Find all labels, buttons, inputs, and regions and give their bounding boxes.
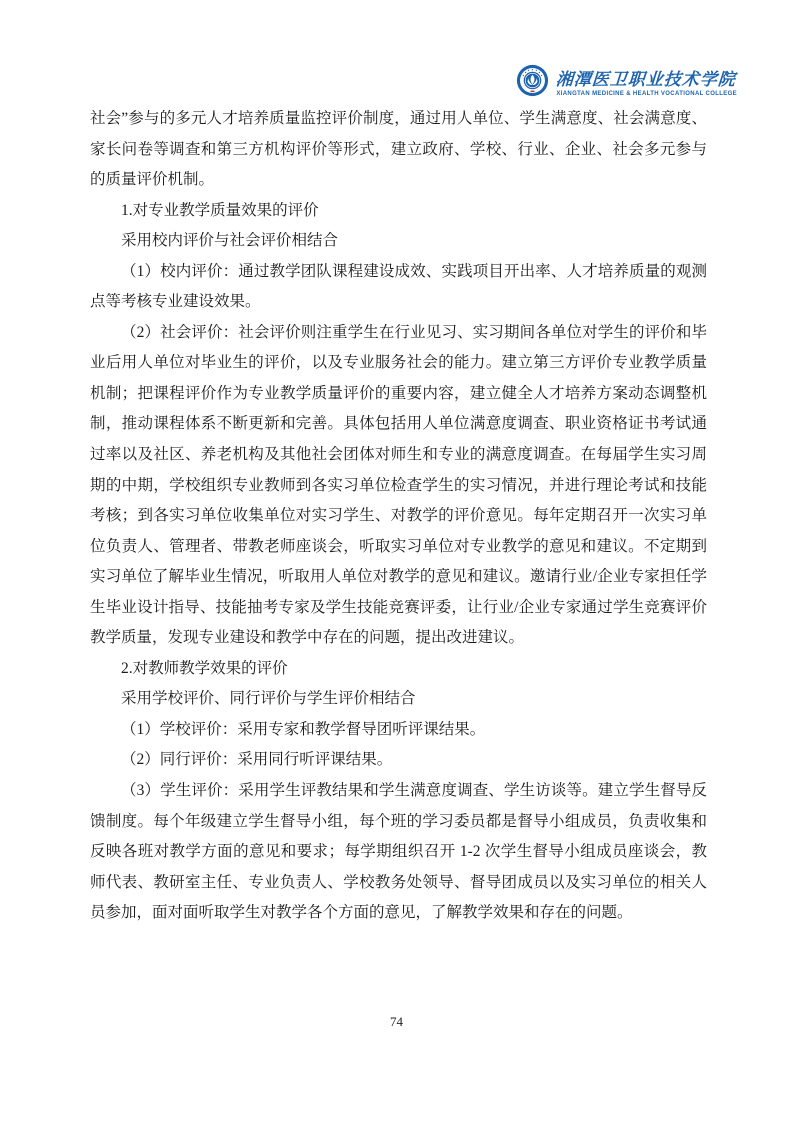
section-heading-1: 1.对专业教学质量效果的评价 — [90, 196, 707, 227]
section-heading-2: 2.对教师教学效果的评价 — [90, 654, 707, 685]
college-logo: 湘潭医卫职业技术学院 XIANGTAN MEDICINE & HEALTH VO… — [516, 64, 737, 97]
college-logo-text: 湘潭医卫职业技术学院 XIANGTAN MEDICINE & HEALTH VO… — [556, 65, 737, 97]
page-number: 74 — [0, 1014, 793, 1030]
college-name-zh: 湘潭医卫职业技术学院 — [555, 65, 737, 90]
paragraph: （2）社会评价：社会评价则注重学生在行业见习、实习期间各单位对学生的评价和毕业后… — [90, 318, 707, 654]
paragraph: （1）校内评价：通过教学团队课程建设成效、实践项目开出率、人才培养质量的观测点等… — [90, 257, 707, 318]
college-emblem-icon — [516, 64, 549, 97]
document-page: 湘潭医卫职业技术学院 XIANGTAN MEDICINE & HEALTH VO… — [0, 0, 793, 1122]
paragraph: （1）学校评价：采用专家和教学督导团听评课结果。 — [90, 715, 707, 746]
paragraph: 采用校内评价与社会评价相结合 — [90, 226, 707, 257]
paragraph: 社会”参与的多元人才培养质量监控评价制度，通过用人单位、学生满意度、社会满意度、… — [90, 104, 707, 196]
paragraph: （2）同行评价：采用同行听评课结果。 — [90, 745, 707, 776]
document-body: 社会”参与的多元人才培养质量监控评价制度，通过用人单位、学生满意度、社会满意度、… — [90, 104, 707, 929]
paragraph: （3）学生评价：采用学生评教结果和学生满意度调查、学生访谈等。建立学生督导反馈制… — [90, 776, 707, 929]
college-name-en: XIANGTAN MEDICINE & HEALTH VOCATIONAL CO… — [556, 91, 737, 97]
paragraph: 采用学校评价、同行评价与学生评价相结合 — [90, 684, 707, 715]
